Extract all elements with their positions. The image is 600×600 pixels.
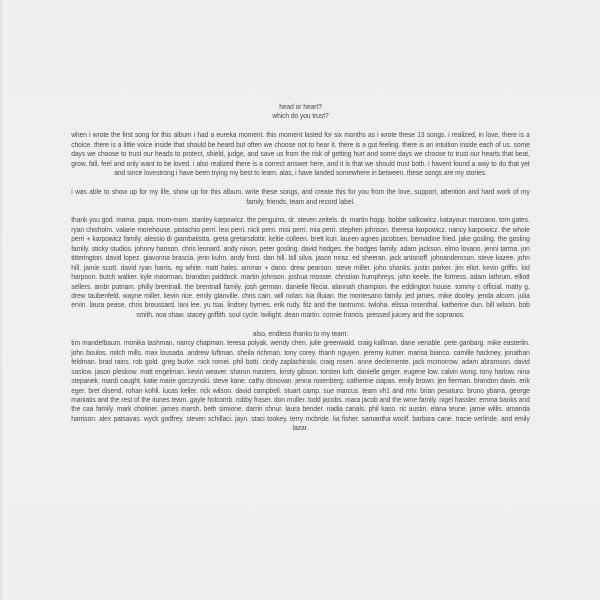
gratitude-paragraph: i was able to show up for my life, show … [71, 188, 529, 207]
liner-notes-page: head or heart? which do you trust? when … [0, 0, 600, 600]
spacer [71, 207, 529, 216]
spacer [71, 320, 529, 329]
title-line-1: head or heart? [71, 103, 529, 112]
spacer [71, 179, 529, 188]
intro-paragraph: when i wrote the first song for this alb… [71, 131, 529, 178]
title-line-2: which do you trust? [71, 112, 529, 121]
spacer [71, 122, 529, 131]
team-heading: also, endless thanks to my team: [71, 330, 529, 339]
page-edge [0, 0, 2, 600]
liner-notes-content: head or heart? which do you trust? when … [71, 103, 529, 434]
thanks-paragraph: thank you god. mama. papa. mom-mom. stan… [71, 216, 529, 320]
team-paragraph: tim mandelbaum. monika tashman, nancy ch… [71, 339, 529, 434]
